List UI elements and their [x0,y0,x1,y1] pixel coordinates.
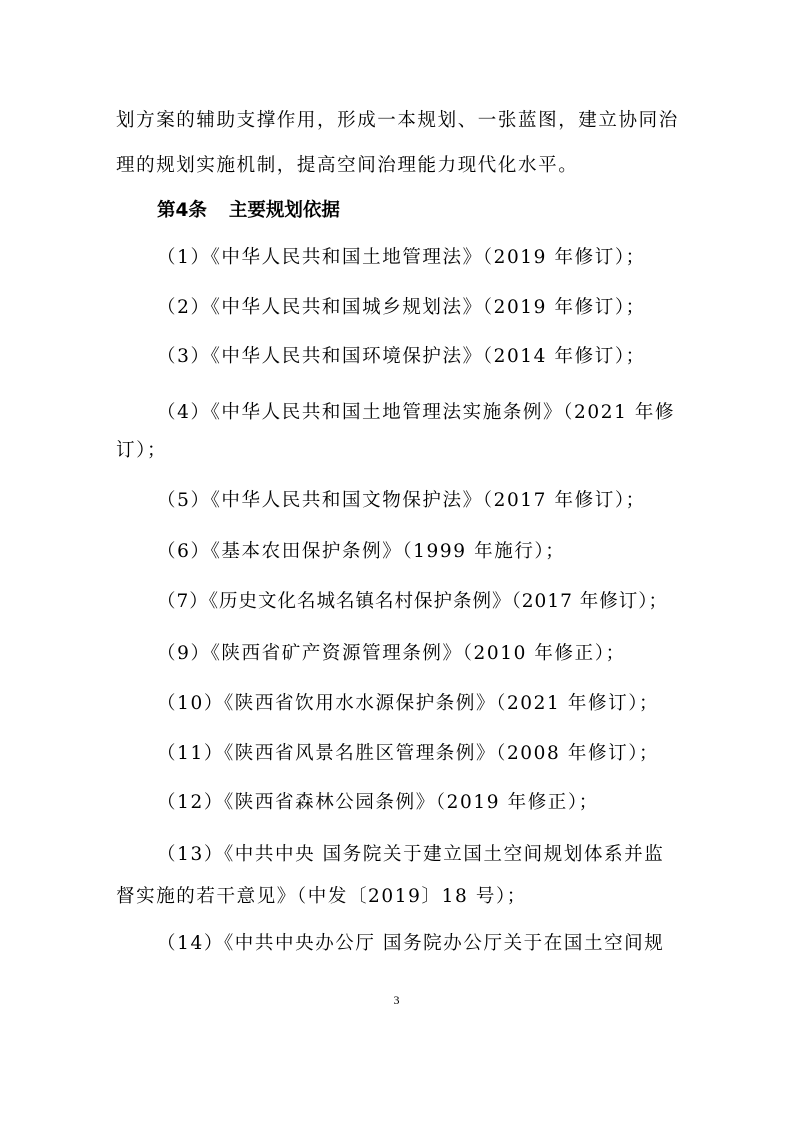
list-item-13: （13）《中共中央 国务院关于建立国土空间规划体系并监 [157,843,664,867]
list-item-4: （4）《中华人民共和国土地管理法实施条例》（2021 年修 [157,401,675,425]
list-item-13-continuation: 督实施的若干意见》（中发〔2019〕18 号）； [116,885,527,909]
list-item-5: （5）《中华人民共和国文物保护法》（2017 年修订）； [157,489,646,513]
list-item-3: （3）《中华人民共和国环境保护法》（2014 年修订）； [157,345,646,369]
list-item-9: （9）《陕西省矿产资源管理条例》（2010 年修正）； [157,642,626,666]
list-item-7: （7）《历史文化名城名镇名村保护条例》（2017 年修订）； [157,590,668,614]
paragraph-line: 理的规划实施机制，提高空间治理能力现代化水平。 [116,154,578,178]
paragraph-line: 划方案的辅助支撑作用，形成一本规划、一张蓝图，建立协同治 [116,109,679,133]
list-item-10: （10）《陕西省饮用水水源保护条例》（2021 年修订）； [157,692,659,716]
list-item-1: （1）《中华人民共和国土地管理法》（2019 年修订）； [157,246,646,270]
page-number: 3 [0,993,793,1008]
list-item-2: （2）《中华人民共和国城乡规划法》（2019 年修订）； [157,296,646,320]
list-item-14: （14）《中共中央办公厅 国务院办公厅关于在国土空间规 [157,932,664,956]
list-item-11: （11）《陕西省风景名胜区管理条例》（2008 年修订）； [157,742,659,766]
article-title: 主要规划依据 [229,200,340,221]
article-number: 第4条 [157,200,207,221]
list-item-4-continuation: 订）； [116,439,167,463]
list-item-6: （6）《基本农田保护条例》（1999 年施行）； [157,540,565,564]
list-item-12: （12）《陕西省森林公园条例》（2019 年修正）； [157,791,599,815]
article-heading: 第4条主要规划依据 [157,199,340,223]
